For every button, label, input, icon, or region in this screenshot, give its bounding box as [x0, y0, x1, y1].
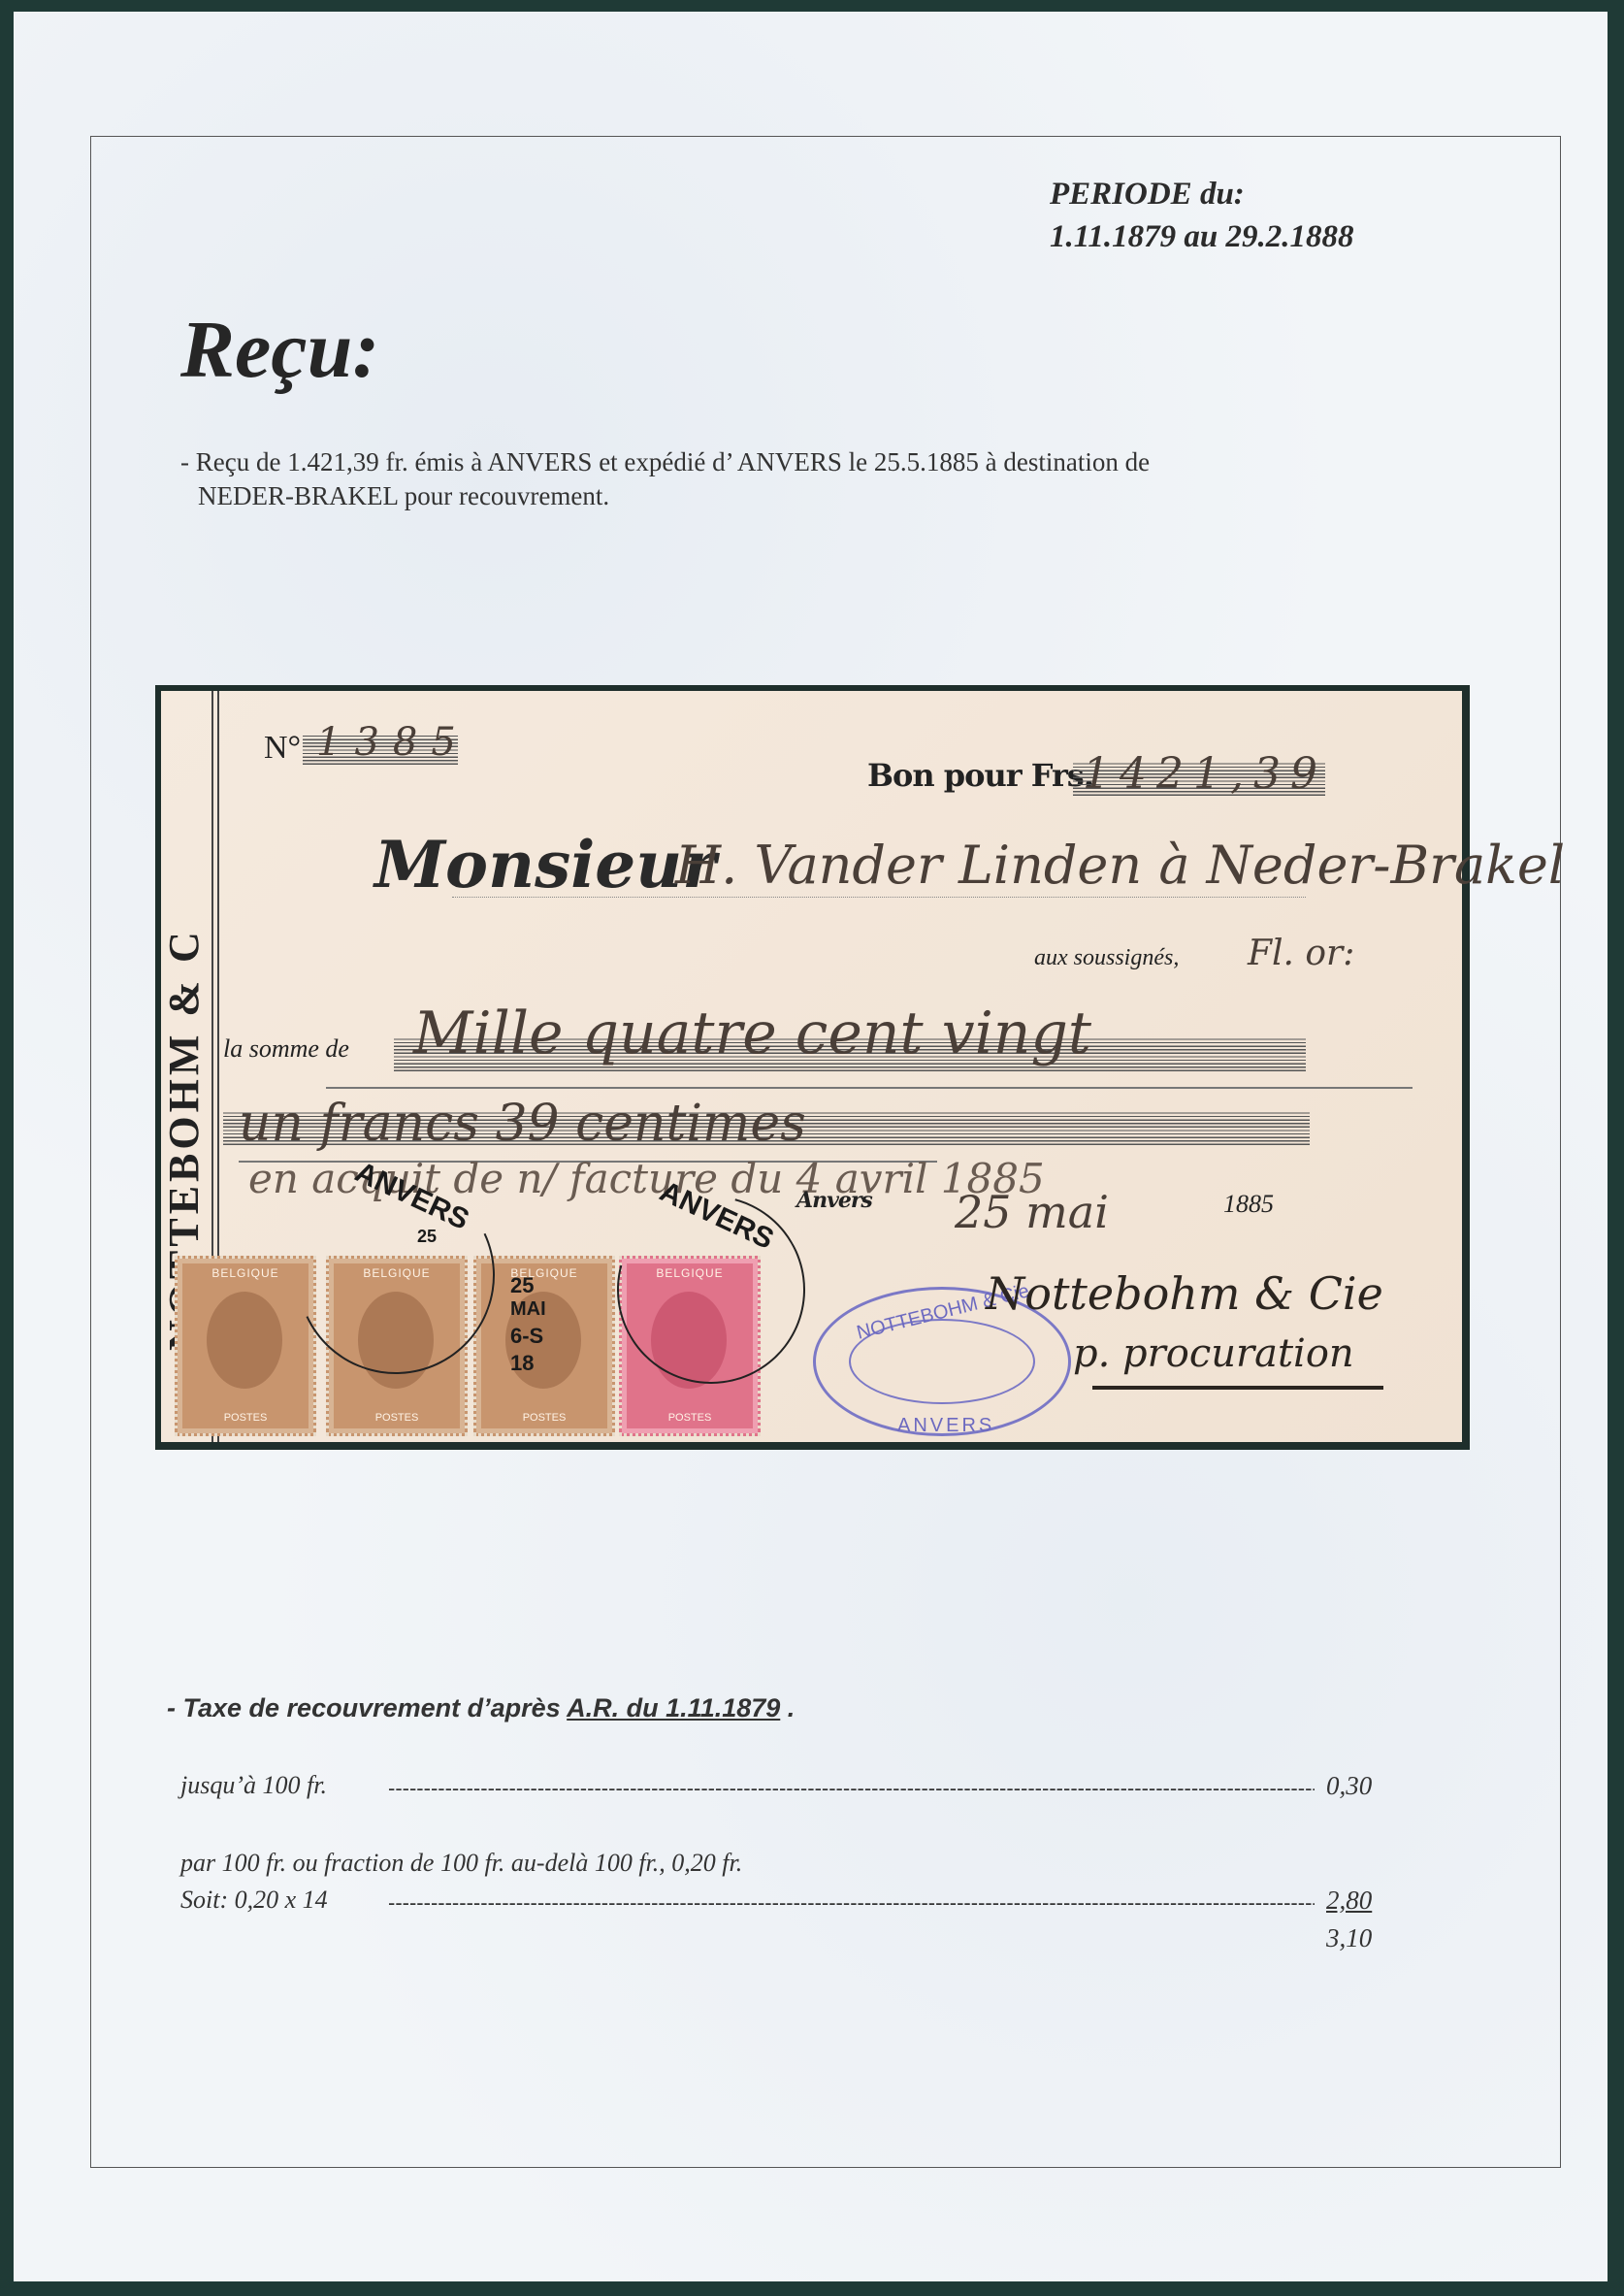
signature-procuration: p. procuration [1073, 1331, 1354, 1376]
stamp-label: POSTES [476, 1412, 612, 1424]
place-label: Anvers [796, 1188, 872, 1213]
soussignes-handwritten: Fl. or: [1248, 934, 1354, 973]
addressee-line [452, 897, 1306, 898]
somme-line-1: Mille quatre cent vingt [413, 1000, 1091, 1067]
period-header: PERIODE du: 1.11.1879 au 29.2.1888 [1050, 173, 1354, 258]
period-label: PERIODE du: [1050, 173, 1354, 215]
signature-underline [1092, 1386, 1383, 1390]
tax-heading-reference: A.R. du 1.11.1879 [567, 1693, 780, 1722]
date-handwritten: 25 mai [955, 1186, 1109, 1238]
receipt-number-label: N° [264, 730, 301, 767]
postage-stamp-1: BELGIQUE POSTES [175, 1256, 316, 1436]
tax-total: 3,10 [1326, 1923, 1372, 1953]
addressee-handwritten: H. Vander Linden à Neder-Brakel [675, 835, 1565, 896]
bon-pour-amount: 1421,39 [1083, 749, 1327, 799]
bon-pour-label: Bon pour Frs. [867, 757, 1093, 794]
tax-row-label: jusqu’à 100 fr. [180, 1771, 327, 1800]
tax-heading-suffix: . [780, 1693, 795, 1722]
somme-rule [326, 1087, 1413, 1089]
postmark-day: 25 [417, 1227, 437, 1247]
tax-row-leader: ----------------------------------------… [388, 1776, 1315, 1801]
stamp-country: BELGIQUE [476, 1266, 612, 1280]
receipt-number-value: 1385 [316, 720, 470, 765]
tax-row-label: par 100 fr. ou fraction de 100 fr. au-de… [180, 1849, 742, 1878]
postmark-time: 6-S [510, 1324, 543, 1349]
page-title: Reçu: [180, 303, 379, 397]
tax-row-leader: ----------------------------------------… [388, 1890, 1315, 1916]
signature: Nottebohm & Cie [986, 1267, 1383, 1320]
tax-row-amount: 2,80 [1326, 1886, 1372, 1916]
monsieur-label: Monsieur [374, 827, 716, 902]
tax-row-label: Soit: 0,20 x 14 [180, 1886, 328, 1915]
stamp-label: POSTES [329, 1412, 465, 1424]
somme-label: la somme de [223, 1034, 349, 1064]
king-portrait-icon [207, 1292, 282, 1389]
postmark-month: MAI [510, 1298, 546, 1321]
intro-line-2: NEDER-BRAKEL pour recouvrement. [180, 479, 1150, 513]
somme-line-2: un francs 39 centimes [239, 1095, 806, 1153]
intro-line-1: - Reçu de 1.421,39 fr. émis à ANVERS et … [180, 445, 1150, 479]
stamp-country: BELGIQUE [178, 1266, 313, 1280]
oval-stamp-city: ANVERS [897, 1415, 994, 1437]
postmark-year: 18 [510, 1351, 534, 1376]
stamp-label: POSTES [178, 1412, 313, 1424]
year-printed: 1885 [1223, 1190, 1274, 1219]
tax-row-amount: 0,30 [1326, 1771, 1372, 1801]
receipt-document: NOTTEBOHM & C N° 1385 Bon pour Frs. 1421… [155, 685, 1470, 1450]
soussignes-label: aux soussignés, [1034, 945, 1179, 971]
receipt-paper: NOTTEBOHM & C N° 1385 Bon pour Frs. 1421… [161, 691, 1462, 1442]
period-range: 1.11.1879 au 29.2.1888 [1050, 215, 1354, 258]
intro-text: - Reçu de 1.421,39 fr. émis à ANVERS et … [180, 445, 1150, 513]
stamp-label: POSTES [622, 1412, 758, 1424]
tax-heading: - Taxe de recouvrement d’après A.R. du 1… [167, 1693, 795, 1723]
postmark-day-2: 25 [510, 1273, 534, 1298]
tax-heading-prefix: - Taxe de recouvrement d’après [167, 1693, 567, 1722]
